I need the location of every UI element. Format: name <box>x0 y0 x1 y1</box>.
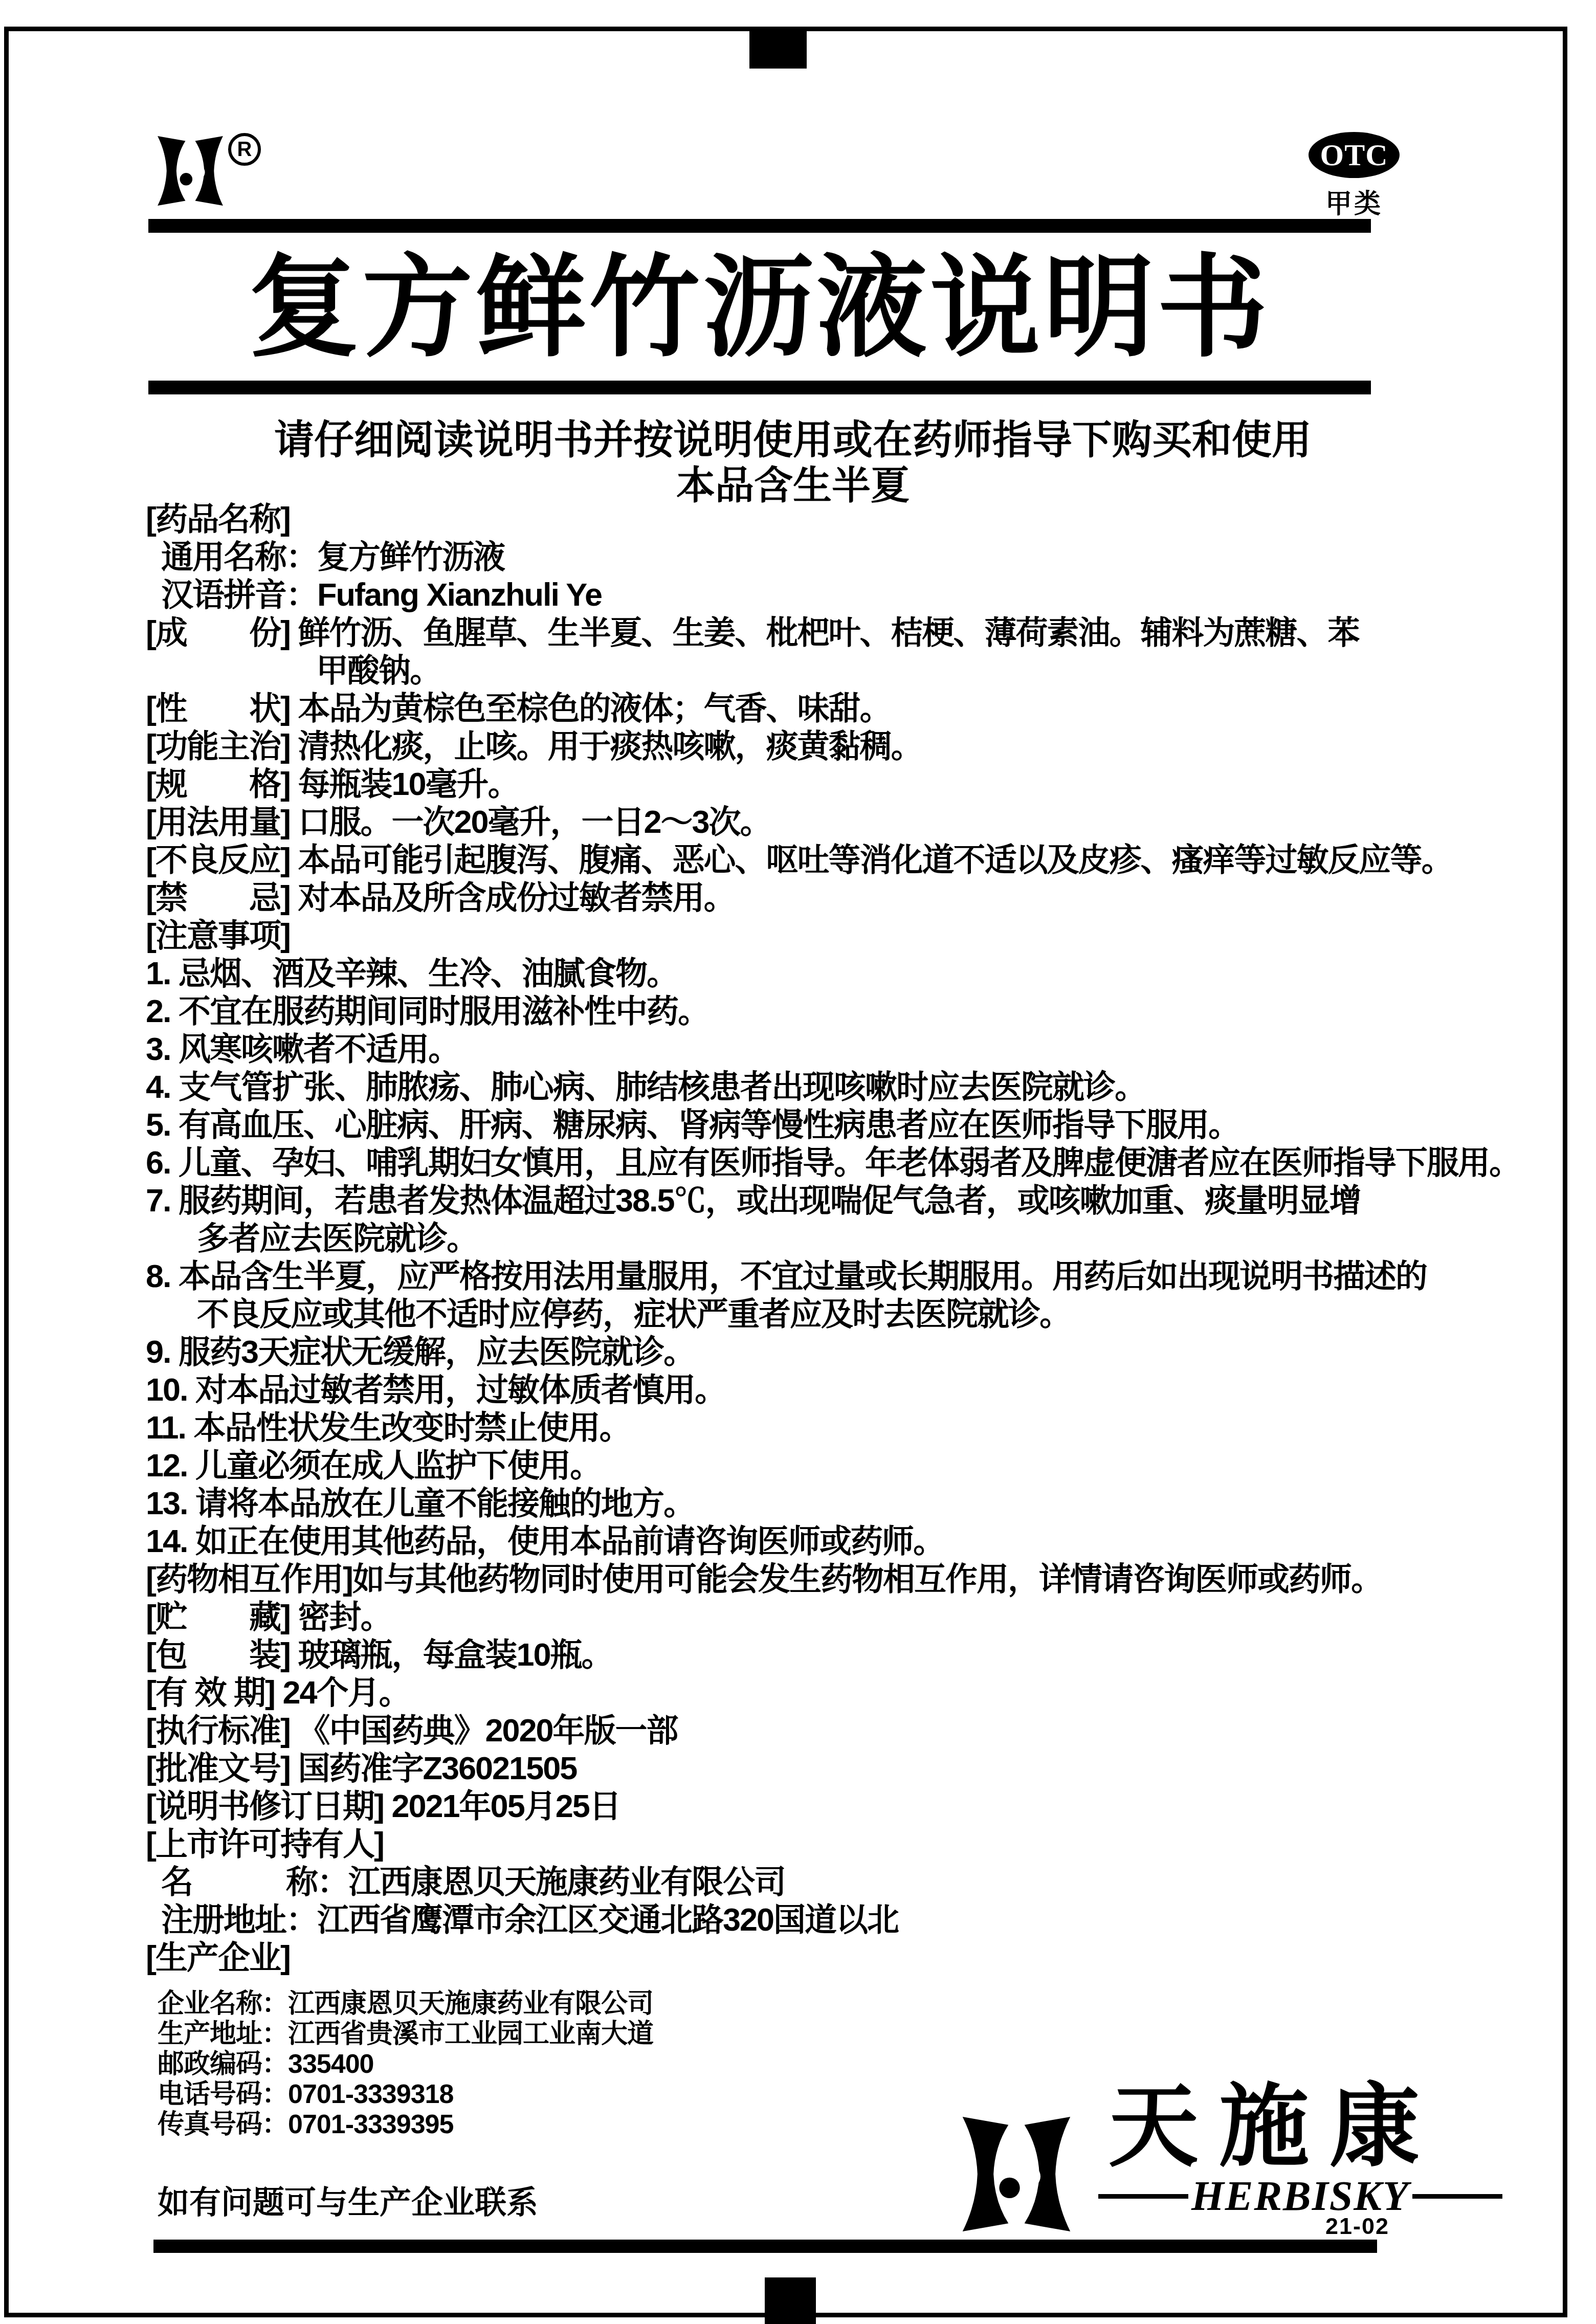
insert-line: 名 称：江西康恩贝天施康药业有限公司 <box>146 1863 1547 1901</box>
insert-line: 2. 不宜在服药期间同时服用滋补性中药。 <box>146 992 1547 1030</box>
insert-line: 8. 本品含生半夏，应严格按用法用量服用，不宜过量或长期服用。用药后如出现说明书… <box>146 1257 1547 1295</box>
brand-footer: 天施康 HERBISKY 21-02 <box>959 2072 1522 2256</box>
insert-line: 13. 请将本品放在儿童不能接触的地方。 <box>146 1485 1547 1522</box>
insert-line: 9. 服药3天症状无缓解，应去医院就诊。 <box>146 1333 1547 1371</box>
version-code: 21-02 <box>1325 2213 1389 2240</box>
insert-line: 14. 如正在使用其他药品，使用本品前请咨询医师或药师。 <box>146 1522 1547 1560</box>
divider-bar-under-title <box>148 381 1371 394</box>
manufacturer-line: 生产地址：江西省贵溪市工业园工业南大道 <box>158 2019 653 2049</box>
insert-line: 注册地址：江西省鹰潭市余江区交通北路320国道以北 <box>146 1901 1547 1939</box>
insert-line: [上市许可持有人] <box>146 1825 1547 1863</box>
brand-name-cn: 天施康 <box>1109 2081 1440 2176</box>
insert-line: 5. 有高血压、心脏病、肝病、糖尿病、肾病等慢性病患者应在医师指导下服用。 <box>146 1106 1547 1144</box>
insert-line: [用法用量] 口服。一次20毫升，一日2～3次。 <box>146 803 1547 841</box>
divider-bar-top <box>148 219 1371 233</box>
insert-line: 4. 支气管扩张、肺脓疡、肺心病、肺结核患者出现咳嗽时应去医院就诊。 <box>146 1068 1547 1106</box>
insert-line: 7. 服药期间，若患者发热体温超过38.5℃，或出现喘促气急者，或咳嗽加重、痰量… <box>146 1182 1547 1220</box>
manufacturer-line: 邮政编码：335400 <box>158 2049 653 2079</box>
insert-line: 多者应去医院就诊。 <box>146 1220 1547 1257</box>
insert-line: 1. 忌烟、酒及辛辣、生冷、油腻食物。 <box>146 955 1547 992</box>
wordmark-rule-right <box>1412 2194 1502 2199</box>
insert-line: [生产企业] <box>146 1939 1547 1977</box>
insert-line: 汉语拼音：Fufang Xianzhuli Ye <box>146 576 1547 614</box>
contact-note: 如有问题可与生产企业联系 <box>158 2177 538 2223</box>
insert-line: [注意事项] <box>146 917 1547 955</box>
insert-line: 通用名称：复方鲜竹沥液 <box>146 538 1547 576</box>
insert-line: [性 状] 本品为黄棕色至棕色的液体；气香、味甜。 <box>146 690 1547 727</box>
wordmark-rule-left <box>1098 2194 1188 2199</box>
insert-line: 10. 对本品过敏者禁用，过敏体质者慎用。 <box>146 1371 1547 1409</box>
manufacturer-block: 企业名称：江西康恩贝天施康药业有限公司生产地址：江西省贵溪市工业园工业南大道邮政… <box>158 1989 653 2140</box>
insert-line: 6. 儿童、孕妇、哺乳期妇女慎用，且应有医师指导。年老体弱者及脾虚便溏者应在医师… <box>146 1144 1547 1182</box>
manufacturer-line: 传真号码：0701-3339395 <box>158 2110 653 2140</box>
otc-oval: OTC <box>1309 132 1400 178</box>
insert-line: [批准文号] 国药准字Z36021505 <box>146 1750 1547 1787</box>
brand-logo: R <box>151 136 269 208</box>
insert-line: 12. 儿童必须在成人监护下使用。 <box>146 1447 1547 1485</box>
brand-x-icon <box>959 2110 1074 2238</box>
insert-line: [成 份] 鲜竹沥、鱼腥草、生半夏、生姜、枇杷叶、桔梗、薄荷素油。辅料为蔗糖、苯 <box>146 614 1547 652</box>
insert-line: [药品名称] <box>146 500 1547 538</box>
drug-title: 复方鲜竹沥液说明书 <box>123 238 1396 377</box>
manufacturer-line: 电话号码：0701-3339318 <box>158 2079 653 2110</box>
brand-x-icon <box>151 136 229 206</box>
insert-line: 甲酸钠。 <box>146 652 1547 690</box>
registration-mark-top <box>749 29 807 69</box>
insert-line: [有 效 期] 24个月。 <box>146 1674 1547 1712</box>
insert-line: [包 装] 玻璃瓶，每盒装10瓶。 <box>146 1636 1547 1674</box>
manufacturer-line: 企业名称：江西康恩贝天施康药业有限公司 <box>158 1989 653 2019</box>
insert-body: [药品名称]通用名称：复方鲜竹沥液汉语拼音：Fufang Xianzhuli Y… <box>146 500 1547 1977</box>
package-insert-page: R OTC 甲类 复方鲜竹沥液说明书 请仔细阅读说明书并按说明使用或在药师指导下… <box>0 0 1596 2324</box>
insert-line: 不良反应或其他不适时应停药，症状严重者应及时去医院就诊。 <box>146 1295 1547 1333</box>
divider-bar-bottom <box>153 2240 1377 2253</box>
insert-line: 3. 风寒咳嗽者不适用。 <box>146 1030 1547 1068</box>
insert-line: [药物相互作用]如与其他药物同时使用可能会发生药物相互作用，详情请咨询医师或药师… <box>146 1560 1547 1598</box>
brand-wordmark: HERBISKY <box>1098 2172 1502 2220</box>
insert-line: [禁 忌] 对本品及所含成份过敏者禁用。 <box>146 879 1547 917</box>
otc-badge: OTC 甲类 <box>1305 132 1403 220</box>
insert-line: [贮 藏] 密封。 <box>146 1598 1547 1636</box>
insert-line: [规 格] 每瓶装10毫升。 <box>146 765 1547 803</box>
insert-line: 11. 本品性状发生改变时禁止使用。 <box>146 1409 1547 1447</box>
registration-mark-bottom <box>765 2277 816 2324</box>
otc-class-label: 甲类 <box>1305 182 1403 220</box>
otc-label: OTC <box>1320 138 1388 173</box>
insert-line: [功能主治] 清热化痰，止咳。用于痰热咳嗽，痰黄黏稠。 <box>146 727 1547 765</box>
insert-line: [执行标准] 《中国药典》2020年版一部 <box>146 1712 1547 1750</box>
registered-trademark-icon: R <box>228 133 261 166</box>
insert-line: [说明书修订日期] 2021年05月25日 <box>146 1787 1547 1825</box>
insert-line: [不良反应] 本品可能引起腹泻、腹痛、恶心、呕吐等消化道不适以及皮疹、瘙痒等过敏… <box>146 841 1547 879</box>
